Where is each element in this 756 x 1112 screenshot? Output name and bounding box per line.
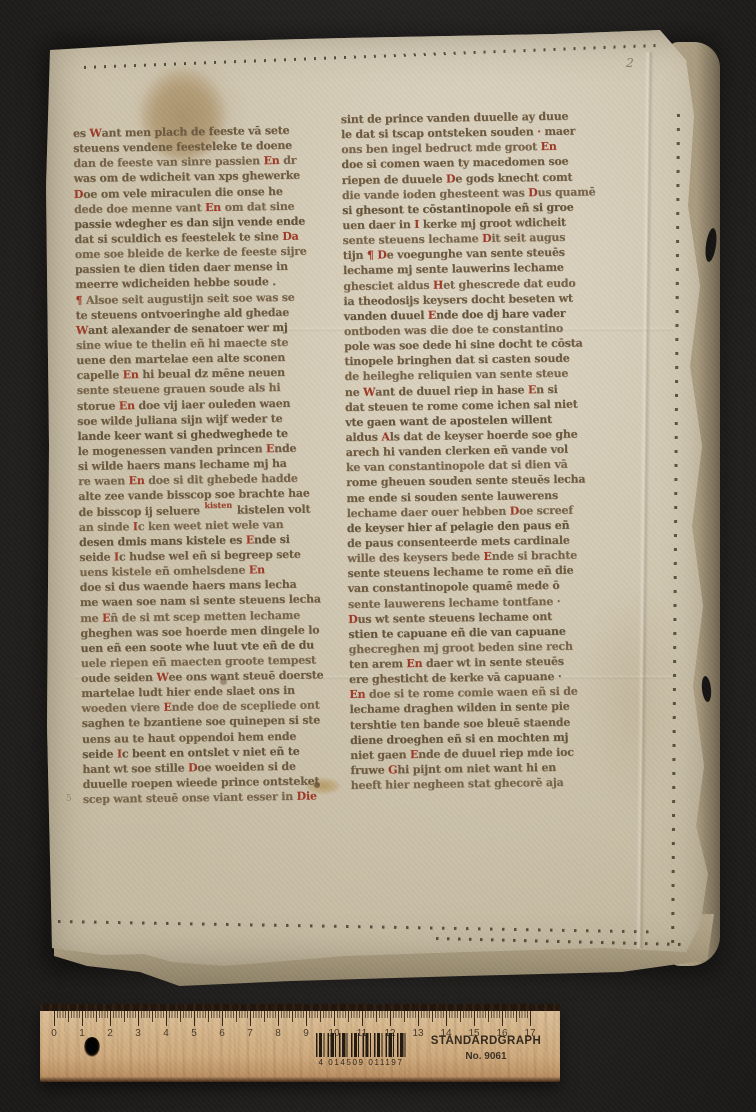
ruler-cm-label: 8 bbox=[275, 1028, 281, 1039]
rubric-text: G bbox=[388, 763, 397, 776]
rubric-text: En bbox=[249, 563, 265, 576]
ruler-hanging-hole bbox=[84, 1037, 100, 1057]
rubric-text: E bbox=[266, 442, 274, 455]
rubric-text: En bbox=[541, 140, 557, 153]
rubric-text: En bbox=[205, 201, 221, 214]
rubric-text: I bbox=[114, 550, 119, 563]
barcode: 4 014509 011197 bbox=[316, 1033, 406, 1067]
ruler: 01234567891011121314151617 4 014509 0111… bbox=[40, 1004, 560, 1082]
ruler-branding: STANDARDGRAPH No. 9061 bbox=[422, 1035, 550, 1062]
rubric-text: ¶ bbox=[75, 293, 82, 306]
rubric-text: H bbox=[433, 278, 443, 291]
rubric-text: En bbox=[263, 154, 279, 167]
rubric-text: E bbox=[246, 533, 254, 546]
rubric-text: I bbox=[117, 747, 122, 760]
rubric-text: D bbox=[528, 186, 538, 199]
rubric-text: W bbox=[156, 671, 168, 684]
rubric-text: W bbox=[89, 127, 101, 140]
barcode-digits: 4 014509 011197 bbox=[316, 1058, 406, 1067]
rubric-text: W bbox=[76, 324, 88, 337]
rubric-text: I bbox=[133, 520, 138, 533]
text-block: es Want men plach de feeste vā setesteue… bbox=[69, 108, 628, 832]
ruler-cm-ticks bbox=[54, 1011, 534, 1026]
ruler-cm-label: 3 bbox=[135, 1028, 141, 1039]
rubric-text: En bbox=[128, 474, 144, 487]
rubric-text: En bbox=[119, 399, 135, 412]
rubric-text: ¶ D bbox=[367, 249, 387, 262]
ruler-cm-label: 2 bbox=[107, 1028, 113, 1039]
rubric-text: W bbox=[363, 385, 375, 398]
rubric-text: D bbox=[74, 187, 84, 200]
rubric-text: D bbox=[446, 172, 456, 185]
manuscript-page: 2 5 es Want men plach de feeste vā setes… bbox=[44, 26, 716, 970]
rubric-text: I bbox=[414, 218, 419, 231]
rubric-text: D bbox=[482, 232, 492, 245]
ruler-cm-label: 6 bbox=[219, 1028, 225, 1039]
manuscript-text-line: scep want steuē onse viant esser in Die bbox=[83, 789, 329, 808]
rubric-text: Da bbox=[282, 230, 298, 243]
rubric-text: En bbox=[406, 657, 422, 670]
manuscript-text-line: heeft hier negheen stat ghecorē aja bbox=[351, 775, 591, 794]
rubric-text: En bbox=[123, 368, 139, 381]
rubric-text: A bbox=[381, 430, 390, 443]
ruler-cm-label: 4 bbox=[163, 1028, 169, 1039]
rubric-text: En bbox=[349, 688, 365, 701]
pencil-mark: 5 bbox=[66, 794, 72, 804]
rubric-text: E bbox=[163, 701, 171, 714]
ruler-model-text: No. 9061 bbox=[422, 1051, 550, 1062]
ruler-cm-label: 0 bbox=[51, 1028, 57, 1039]
rubric-text: D bbox=[188, 761, 198, 774]
text-column-right: sint de prince vanden duuelle ay duuele … bbox=[341, 109, 591, 794]
pricking-holes-top bbox=[84, 44, 660, 69]
ruler-cm-label: 7 bbox=[247, 1028, 253, 1039]
pricking-holes-bottom bbox=[436, 937, 682, 946]
rubric-text: Die bbox=[297, 790, 317, 803]
manuscript-text-line: de bisscop ij seluere kisten kistelen vo… bbox=[78, 501, 324, 520]
vertical-fold-crease bbox=[635, 52, 653, 948]
rubric-text: E bbox=[102, 611, 110, 624]
rubric-text: · bbox=[537, 125, 541, 138]
photo-backdrop: 2 5 es Want men plach de feeste vā setes… bbox=[0, 0, 756, 1112]
ruler-brand-text: STANDARDGRAPH bbox=[422, 1035, 550, 1047]
rubric-text: E bbox=[410, 748, 418, 761]
rubric-text: E bbox=[483, 550, 491, 563]
folio-number: 2 bbox=[626, 56, 635, 70]
rubric-text: E bbox=[528, 383, 536, 396]
ruler-cm-label: 5 bbox=[191, 1028, 197, 1039]
ruler-cm-label: 9 bbox=[303, 1028, 309, 1039]
rubric-text: E bbox=[428, 309, 436, 322]
text-column-left: es Want men plach de feeste vā setesteue… bbox=[73, 122, 329, 807]
ruler-cm-label: 1 bbox=[79, 1028, 85, 1039]
rubric-text: D bbox=[348, 613, 358, 626]
interlinear-gloss: kisten bbox=[204, 499, 232, 509]
rubric-text: D bbox=[510, 504, 520, 517]
barcode-bars bbox=[316, 1033, 406, 1057]
pricking-holes-right bbox=[671, 114, 680, 960]
pricking-holes-bottom bbox=[58, 920, 658, 933]
